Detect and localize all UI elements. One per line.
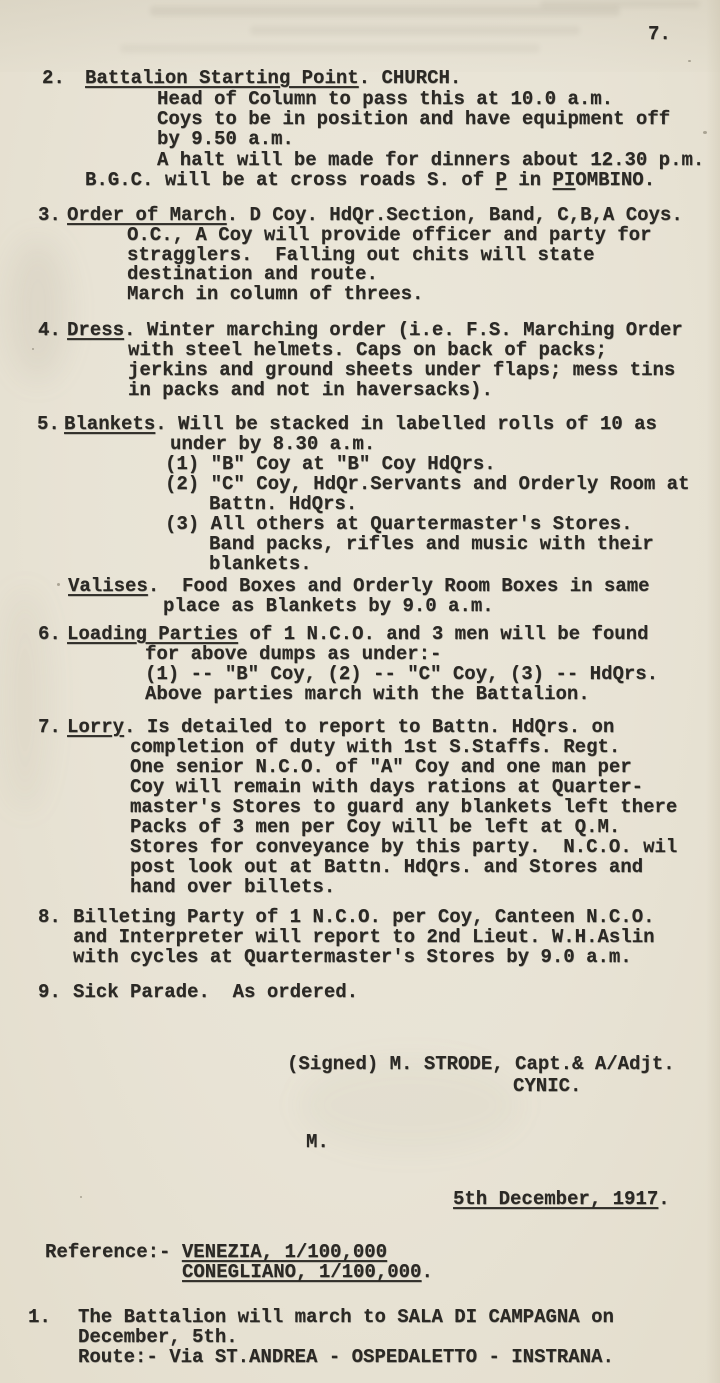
doc-line: blankets. xyxy=(209,554,312,574)
item-3-number: 3. xyxy=(38,205,61,225)
item-2-number: 2. xyxy=(42,68,65,88)
paper-speck xyxy=(32,348,34,350)
underlined-text: VENEZIA, 1/100,000 xyxy=(182,1241,387,1263)
text: 4. xyxy=(38,319,61,341)
text: O.C., A Coy will provide officer and par… xyxy=(127,224,652,246)
text: Stores for conveyance by this party. N.C… xyxy=(130,836,677,858)
doc-line: Coy will remain with days rations at Qua… xyxy=(130,777,643,797)
text: hand over billets. xyxy=(130,876,335,898)
text: Band packs, rifles and music with their xyxy=(209,533,654,555)
showthrough-mark xyxy=(540,0,700,8)
item-7-heading: Lorry. Is detailed to report to Battn. H… xyxy=(67,717,614,737)
showthrough-mark xyxy=(250,26,580,35)
text: CYNIC. xyxy=(513,1075,581,1097)
item-8-number: 8. xyxy=(38,907,61,927)
text: of 1 N.C.O. and 3 men will be found xyxy=(238,623,648,645)
text: Coys to be in position and have equipmen… xyxy=(157,108,670,130)
text: Head of Column to pass this at 10.0 a.m. xyxy=(157,88,613,110)
date-line: 5th December, 1917. xyxy=(453,1189,670,1209)
item-6-heading: Loading Parties of 1 N.C.O. and 3 men wi… xyxy=(67,624,649,644)
initial: M. xyxy=(306,1132,329,1152)
doc-line: (2) "C" Coy, HdQr.Servants and Orderly R… xyxy=(165,474,690,494)
item-5-heading: Blankets. Will be stacked in labelled ro… xyxy=(64,414,657,434)
text: . xyxy=(421,1261,432,1283)
underlined-text: Dress xyxy=(67,319,124,341)
item-7-number: 7. xyxy=(38,717,61,737)
item-2-heading: Battalion Starting Point. CHURCH. xyxy=(85,68,461,88)
text: by 9.50 a.m. xyxy=(157,128,294,150)
item-4-number: 4. xyxy=(38,320,61,340)
text: 9. xyxy=(38,981,61,1003)
doc-line: destination and route. xyxy=(127,264,378,284)
doc-line: post look out at Battn. HdQrs. and Store… xyxy=(130,857,643,877)
underlined-text: PI xyxy=(552,169,575,191)
text: Reference:- xyxy=(45,1241,182,1263)
text: in packs and not in haversacks). xyxy=(128,379,493,401)
text: 2. xyxy=(42,67,65,89)
text: A halt will be made for dinners about 12… xyxy=(157,149,704,171)
doc-line: under by 8.30 a.m. xyxy=(170,434,375,454)
text: in xyxy=(507,169,553,191)
item-6-number: 6. xyxy=(38,624,61,644)
doc-line: master's Stores to guard any blankets le… xyxy=(130,797,677,817)
underlined-text: 5th December, 1917 xyxy=(453,1188,658,1210)
text: . Winter marching order (i.e. F.S. March… xyxy=(124,319,683,341)
doc-line: completion of duty with 1st S.Staffs. Re… xyxy=(130,737,620,757)
doc-line: with steel helmets. Caps on back of pack… xyxy=(128,340,607,360)
text: under by 8.30 a.m. xyxy=(170,433,375,455)
doc-line: stragglers. Falling out chits will state xyxy=(127,245,594,265)
doc-line: in packs and not in haversacks). xyxy=(128,380,493,400)
page-number: 7. xyxy=(648,24,671,44)
text: completion of duty with 1st S.Staffs. Re… xyxy=(130,736,620,758)
doc-line: A halt will be made for dinners about 12… xyxy=(157,150,704,170)
paper-speck xyxy=(57,583,60,586)
underlined-text: Lorry xyxy=(67,716,124,738)
paper-stain xyxy=(8,240,68,380)
doc-line: B.G.C. will be at cross roads S. of P in… xyxy=(85,170,655,190)
underlined-text: P xyxy=(495,169,506,191)
text: 5. xyxy=(37,413,60,435)
text: 3. xyxy=(38,204,61,226)
doc-line: Packs of 3 men per Coy will be left at Q… xyxy=(130,817,620,837)
text: (Signed) M. STRODE, Capt.& A/Adjt. xyxy=(287,1053,675,1075)
underlined-text: Blankets xyxy=(64,413,155,435)
text: place as Blankets by 9.0 a.m. xyxy=(163,595,494,617)
text: with steel helmets. Caps on back of pack… xyxy=(128,339,607,361)
underlined-text: Order of March xyxy=(67,204,227,226)
doc-line: Billeting Party of 1 N.C.O. per Coy, Can… xyxy=(73,907,655,927)
doc-line: December, 5th. xyxy=(78,1327,238,1347)
text: and Interpreter will report to 2nd Lieut… xyxy=(73,926,655,948)
doc-line: Above parties march with the Battalion. xyxy=(145,684,590,704)
text: B.G.C. will be at cross roads S. of xyxy=(85,169,495,191)
underlined-text: Loading Parties xyxy=(67,623,238,645)
text: . Food Boxes and Orderly Room Boxes in s… xyxy=(148,575,650,597)
underlined-text: Battalion Starting Point xyxy=(85,67,359,89)
text: Above parties march with the Battalion. xyxy=(145,683,590,705)
text: . Is detailed to report to Battn. HdQrs.… xyxy=(124,716,614,738)
text: December, 5th. xyxy=(78,1326,238,1348)
text: The Battalion will march to SALA DI CAMP… xyxy=(78,1306,614,1328)
text: M. xyxy=(306,1131,329,1153)
doc-line: Band packs, rifles and music with their xyxy=(209,534,654,554)
doc-line: Stores for conveyance by this party. N.C… xyxy=(130,837,677,857)
text: 7. xyxy=(38,716,61,738)
text: . D Coy. HdQr.Section, Band, C,B,A Coys. xyxy=(227,204,683,226)
text: destination and route. xyxy=(127,263,378,285)
text: Coy will remain with days rations at Qua… xyxy=(130,776,643,798)
doc-line: Coys to be in position and have equipmen… xyxy=(157,109,670,129)
signed-line: (Signed) M. STRODE, Capt.& A/Adjt. xyxy=(287,1054,675,1074)
text: master's Stores to guard any blankets le… xyxy=(130,796,677,818)
text: blankets. xyxy=(209,553,312,575)
underlined-text: Valises xyxy=(68,575,148,597)
underlined-text: CONEGLIANO, 1/100,000 xyxy=(182,1261,421,1283)
doc-line: (3) All others at Quartermaster's Stores… xyxy=(165,514,632,534)
text: Billeting Party of 1 N.C.O. per Coy, Can… xyxy=(73,906,655,928)
doc-line: March in column of threes. xyxy=(127,284,423,304)
reference-line-2: CONEGLIANO, 1/100,000. xyxy=(182,1262,433,1282)
paper-speck xyxy=(688,60,691,62)
text: 6. xyxy=(38,623,61,645)
doc-line: Head of Column to pass this at 10.0 a.m. xyxy=(157,89,613,109)
doc-line: by 9.50 a.m. xyxy=(157,129,294,149)
doc-line: with cycles at Quartermaster's Stores by… xyxy=(73,947,632,967)
text: Sick Parade. As ordered. xyxy=(73,981,358,1003)
text: 8. xyxy=(38,906,61,928)
doc-line: jerkins and ground sheets under flaps; m… xyxy=(128,360,675,380)
doc-line: place as Blankets by 9.0 a.m. xyxy=(163,596,494,616)
doc-line: and Interpreter will report to 2nd Lieut… xyxy=(73,927,655,947)
item-9-number: 9. xyxy=(38,982,61,1002)
text: with cycles at Quartermaster's Stores by… xyxy=(73,946,632,968)
text: One senior N.C.O. of "A" Coy and one man… xyxy=(130,756,632,778)
doc-line: Route:- Via ST.ANDREA - OSPEDALETTO - IN… xyxy=(78,1347,614,1367)
text: (1) "B" Coy at "B" Coy HdQrs. xyxy=(165,453,496,475)
doc-line: Sick Parade. As ordered. xyxy=(73,982,358,1002)
doc-line: Battn. HdQrs. xyxy=(209,494,357,514)
text: . xyxy=(658,1188,669,1210)
text: Packs of 3 men per Coy will be left at Q… xyxy=(130,816,620,838)
doc-line: (1) -- "B" Coy, (2) -- "C" Coy, (3) -- H… xyxy=(145,664,658,684)
unit-codename: CYNIC. xyxy=(513,1076,581,1096)
doc-line: for above dumps as under:- xyxy=(145,644,441,664)
doc-line: hand over billets. xyxy=(130,877,335,897)
text: OMBINO. xyxy=(575,169,655,191)
text: . CHURCH. xyxy=(359,67,462,89)
doc-line: (1) "B" Coy at "B" Coy HdQrs. xyxy=(165,454,496,474)
doc-line: One senior N.C.O. of "A" Coy and one man… xyxy=(130,757,632,777)
item-4-heading: Dress. Winter marching order (i.e. F.S. … xyxy=(67,320,683,340)
doc-line: The Battalion will march to SALA DI CAMP… xyxy=(78,1307,614,1327)
text: (1) -- "B" Coy, (2) -- "C" Coy, (3) -- H… xyxy=(145,663,658,685)
item-3-heading: Order of March. D Coy. HdQr.Section, Ban… xyxy=(67,205,683,225)
item-5-number: 5. xyxy=(37,414,60,434)
text: post look out at Battn. HdQrs. and Store… xyxy=(130,856,643,878)
text: 1. xyxy=(28,1306,51,1328)
text: (3) All others at Quartermaster's Stores… xyxy=(165,513,632,535)
document-page: 7. 2.Battalion Starting Point. CHURCH.He… xyxy=(0,0,720,1383)
valises-heading: Valises. Food Boxes and Orderly Room Box… xyxy=(68,576,650,596)
text: . Will be stacked in labelled rolls of 1… xyxy=(155,413,657,435)
text: (2) "C" Coy, HdQr.Servants and Orderly R… xyxy=(165,473,690,495)
paper-speck xyxy=(80,1196,82,1198)
showthrough-mark xyxy=(120,44,540,53)
doc-line: O.C., A Coy will provide officer and par… xyxy=(127,225,652,245)
scan-edge-shading xyxy=(706,0,720,1383)
text: for above dumps as under:- xyxy=(145,643,441,665)
text: March in column of threes. xyxy=(127,283,423,305)
text: Battn. HdQrs. xyxy=(209,493,357,515)
text: jerkins and ground sheets under flaps; m… xyxy=(128,359,675,381)
text: Route:- Via ST.ANDREA - OSPEDALETTO - IN… xyxy=(78,1346,614,1368)
reference-line-1: Reference:- VENEZIA, 1/100,000 xyxy=(45,1242,387,1262)
item-1-number: 1. xyxy=(28,1307,51,1327)
